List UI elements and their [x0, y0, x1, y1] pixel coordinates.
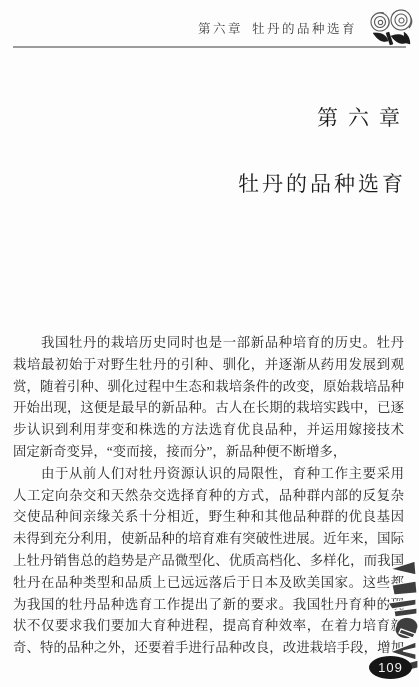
text-line: 我国牡丹的栽培历史同时也是一部新品种培育的历史。牡丹 — [13, 332, 404, 354]
chapter-title: 牡丹的品种选育 — [238, 168, 406, 198]
chapter-number: 第六章 — [317, 102, 410, 132]
text-line: 由于从前人们对牡丹资源认识的局限性，育种工作主要采用 — [13, 463, 404, 485]
rose-ornament-icon — [366, 6, 416, 50]
text-line: 步认识到利用芽变和株选的方法选育优良品种，并运用嫁接技术 — [13, 419, 404, 441]
text-line: 状不仅要求我们要加大育种进程，提高育种效率，在着力培育新 — [13, 615, 404, 637]
text-line: 人工定向杂交和天然杂交选择育种的方式，品种群内部的反复杂 — [13, 485, 404, 507]
running-head-chapter: 第六章 — [198, 22, 243, 36]
text-line: 栽培最初始于对野生牡丹的引种、驯化，并逐渐从药用发展到观 — [13, 354, 404, 376]
book-page: 第六章牡丹的品种选育 第六章 牡丹的品种选育 我国牡丹的栽培历史同时也是一部新品… — [0, 0, 419, 687]
text-line: 赏，随着引种、驯化过程中生态和栽培条件的改变，原始栽培品种 — [13, 376, 404, 398]
text-line: 开始出现，这便是最早的新品种。古人在长期的栽培实践中，已逐 — [13, 397, 404, 419]
text-line: 未得到充分利用，使新品种的培育难有突破性进展。近年来，国际 — [13, 528, 404, 550]
body-text: 我国牡丹的栽培历史同时也是一部新品种培育的历史。牡丹 栽培最初始于对野生牡丹的引… — [13, 332, 404, 659]
running-head: 第六章牡丹的品种选育 — [198, 19, 357, 37]
text-line: 奇、特的品种之外，还要着手进行品种改良，改进栽培手段，增加 — [13, 637, 404, 659]
text-line: 牡丹在品种类型和品质上已远远落后于日本及欧美国家。这些都 — [13, 572, 404, 594]
text-line: 上牡丹销售总的趋势是产品微型化、优质高档化、多样化，而我国 — [13, 550, 404, 572]
page-number-badge: 109 — [369, 656, 412, 679]
text-line: 为我国的牡丹品种选育工作提出了新的要求。我国牡丹育种的现 — [13, 594, 404, 616]
running-head-title: 牡丹的品种选育 — [252, 22, 357, 36]
page-number: 109 — [378, 660, 403, 675]
header-rule — [13, 46, 406, 48]
text-line: 固定新奇变异，“变而接，接而分”，新品种便不断增多， — [13, 441, 404, 463]
text-line: 交使品种间亲缘关系十分相近，野生种和其他品种群的优良基因 — [13, 506, 404, 528]
